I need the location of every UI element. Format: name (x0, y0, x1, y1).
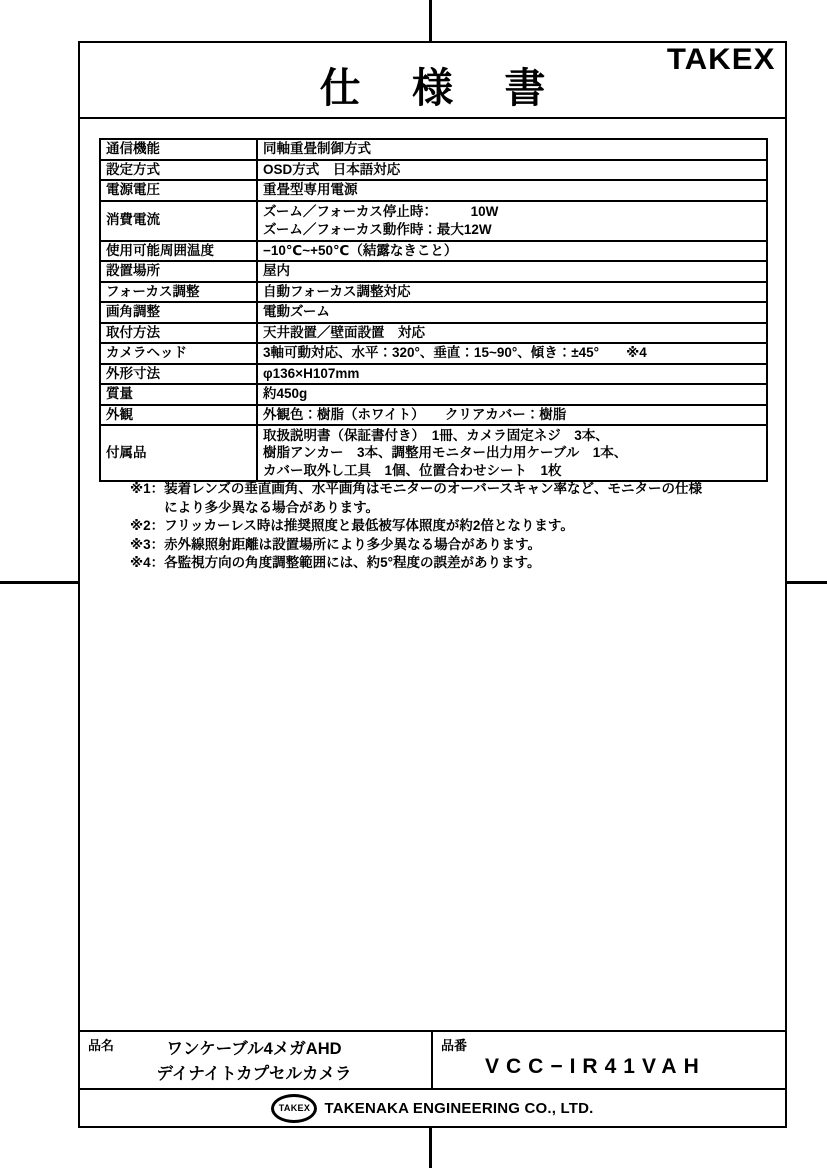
spec-value: 3軸可動対応、水平：320°、垂直：15~90°、傾き：±45° ※4 (257, 343, 767, 364)
footnote-prefix: ※3： (130, 536, 164, 555)
spec-value-line: カバー取外し工具 1個、位置合わせシート 1枚 (263, 462, 761, 479)
spec-label: 付属品 (100, 425, 257, 481)
spec-label: 使用可能周囲温度 (100, 241, 257, 262)
takex-logotype: TAKEX (666, 43, 775, 77)
spec-value-line: 取扱説明書（保証書付き） 1冊、カメラ固定ネジ 3本、 (263, 427, 761, 444)
takex-oval-logo-icon: TAKEX (271, 1094, 317, 1123)
spec-value: 電動ズーム (257, 302, 767, 323)
footnotes: ※1： 装着レンズの垂直画角、水平画角はモニターのオーバースキャン率など、モニタ… (130, 480, 770, 573)
product-number: VCC−IR41VAH (485, 1055, 706, 1079)
spec-value: OSD方式 日本語対応 (257, 160, 767, 181)
spec-label: 設定方式 (100, 160, 257, 181)
table-row: 通信機能 同軸重畳制御方式 (100, 139, 767, 160)
company-footer: TAKEX TAKENAKA ENGINEERING CO., LTD. (80, 1090, 785, 1126)
crop-mark-left (0, 581, 80, 584)
spec-label: 消費電流 (100, 201, 257, 241)
table-row: 付属品 取扱説明書（保証書付き） 1冊、カメラ固定ネジ 3本、 樹脂アンカー 3… (100, 425, 767, 481)
spec-value: 約450g (257, 384, 767, 405)
spec-label: 外観 (100, 405, 257, 426)
footnote-prefix: ※4： (130, 554, 164, 573)
table-row: 使用可能周囲温度 −10℃~+50℃（結露なきこと） (100, 241, 767, 262)
spec-value: 重畳型専用電源 (257, 180, 767, 201)
product-number-label: 品番 (441, 1035, 467, 1054)
spec-value: 自動フォーカス調整対応 (257, 282, 767, 303)
footnote-prefix: ※2： (130, 517, 164, 536)
table-row: 画角調整 電動ズーム (100, 302, 767, 323)
product-name-line: ワンケーブル4メガAHD (120, 1037, 388, 1062)
spec-value-line: 樹脂アンカー 3本、調整用モニター出力用ケーブル 1本、 (263, 444, 761, 461)
footnote-line: により多少異なる場合があります。 (164, 500, 379, 515)
spec-label: 取付方法 (100, 323, 257, 344)
spec-label: カメラヘッド (100, 343, 257, 364)
product-band: 品名 ワンケーブル4メガAHD デイナイトカプセルカメラ 品番 VCC−IR41… (80, 1030, 785, 1090)
spec-value: 外観色：樹脂（ホワイト） クリアカバー：樹脂 (257, 405, 767, 426)
table-row: 質量 約450g (100, 384, 767, 405)
crop-mark-bottom (429, 1126, 432, 1168)
spec-value: φ136×H107mm (257, 364, 767, 385)
footnote-1: ※1： 装着レンズの垂直画角、水平画角はモニターのオーバースキャン率など、モニタ… (130, 480, 770, 517)
spec-label: 通信機能 (100, 139, 257, 160)
product-name: ワンケーブル4メガAHD デイナイトカプセルカメラ (120, 1037, 388, 1087)
table-row: カメラヘッド 3軸可動対応、水平：320°、垂直：15~90°、傾き：±45° … (100, 343, 767, 364)
product-name-cell: 品名 ワンケーブル4メガAHD デイナイトカプセルカメラ (80, 1032, 433, 1088)
footnote-text: 装着レンズの垂直画角、水平画角はモニターのオーバースキャン率など、モニターの仕様… (164, 480, 770, 517)
spec-label: 画角調整 (100, 302, 257, 323)
footnote-text: フリッカーレス時は推奨照度と最低被写体照度が約2倍となります。 (164, 517, 770, 536)
spec-value-line: ズーム／フォーカス動作時：最大12W (263, 221, 761, 239)
table-row: 消費電流 ズーム／フォーカス停止時： 10W ズーム／フォーカス動作時：最大12… (100, 201, 767, 241)
footnote-3: ※3： 赤外線照射距離は設置場所により多少異なる場合があります。 (130, 536, 770, 555)
table-row: 取付方法 天井設置／壁面設置 対応 (100, 323, 767, 344)
spec-value: 天井設置／壁面設置 対応 (257, 323, 767, 344)
product-name-label: 品名 (88, 1035, 114, 1054)
spec-value: 同軸重畳制御方式 (257, 139, 767, 160)
footnote-2: ※2： フリッカーレス時は推奨照度と最低被写体照度が約2倍となります。 (130, 517, 770, 536)
spec-table: 通信機能 同軸重畳制御方式 設定方式 OSD方式 日本語対応 電源電圧 重畳型専… (99, 138, 768, 482)
footnote-text: 各監視方向の角度調整範囲には、約5°程度の誤差があります。 (164, 554, 770, 573)
crop-mark-top (429, 0, 432, 43)
page-frame: 仕 様 書 TAKEX 通信機能 同軸重畳制御方式 設定方式 OSD方式 日本語… (78, 41, 787, 1128)
table-row: 設置場所 屋内 (100, 261, 767, 282)
spec-value: 取扱説明書（保証書付き） 1冊、カメラ固定ネジ 3本、 樹脂アンカー 3本、調整… (257, 425, 767, 481)
footnote-text: 赤外線照射距離は設置場所により多少異なる場合があります。 (164, 536, 770, 555)
product-name-line: デイナイトカプセルカメラ (120, 1062, 388, 1087)
company-name: TAKENAKA ENGINEERING CO., LTD. (324, 1100, 593, 1117)
footnote-line: 装着レンズの垂直画角、水平画角はモニターのオーバースキャン率など、モニターの仕様 (164, 481, 702, 496)
table-row: 外観 外観色：樹脂（ホワイト） クリアカバー：樹脂 (100, 405, 767, 426)
product-number-cell: 品番 VCC−IR41VAH (433, 1032, 785, 1088)
spec-value: −10℃~+50℃（結露なきこと） (257, 241, 767, 262)
spec-label: 設置場所 (100, 261, 257, 282)
table-row: 設定方式 OSD方式 日本語対応 (100, 160, 767, 181)
footnote-4: ※4： 各監視方向の角度調整範囲には、約5°程度の誤差があります。 (130, 554, 770, 573)
table-row: 外形寸法 φ136×H107mm (100, 364, 767, 385)
crop-mark-right (785, 581, 827, 584)
footnote-prefix: ※1： (130, 480, 164, 517)
spec-label: 質量 (100, 384, 257, 405)
spec-sheet-page: 仕 様 書 TAKEX 通信機能 同軸重畳制御方式 設定方式 OSD方式 日本語… (0, 0, 827, 1168)
spec-value: ズーム／フォーカス停止時： 10W ズーム／フォーカス動作時：最大12W (257, 201, 767, 241)
spec-label: 外形寸法 (100, 364, 257, 385)
table-row: 電源電圧 重畳型専用電源 (100, 180, 767, 201)
spec-label: 電源電圧 (100, 180, 257, 201)
spec-table-wrap: 通信機能 同軸重畳制御方式 設定方式 OSD方式 日本語対応 電源電圧 重畳型専… (99, 138, 768, 482)
title-band: 仕 様 書 TAKEX (80, 43, 785, 119)
spec-label: フォーカス調整 (100, 282, 257, 303)
table-row: フォーカス調整 自動フォーカス調整対応 (100, 282, 767, 303)
spec-value-line: ズーム／フォーカス停止時： 10W (263, 203, 761, 221)
spec-value: 屋内 (257, 261, 767, 282)
